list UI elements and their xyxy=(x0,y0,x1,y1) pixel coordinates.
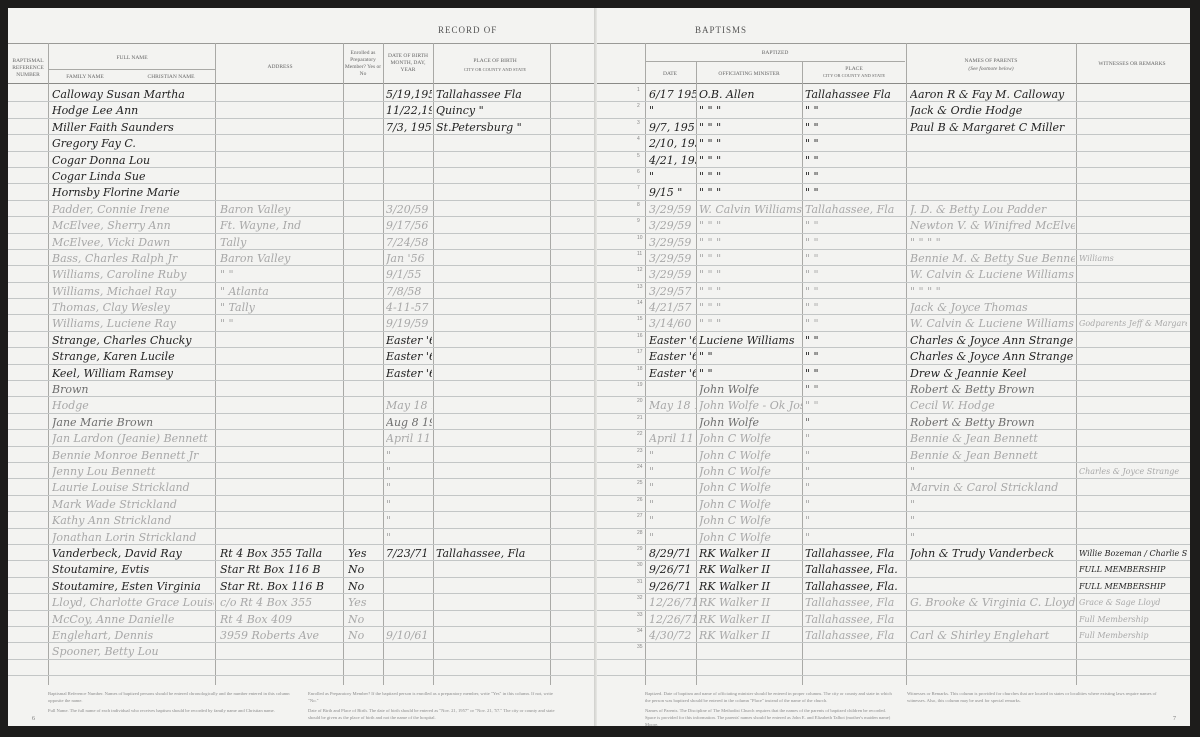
date-of-birth-cell xyxy=(386,381,432,397)
baptism-date-cell: 6/17 1956 xyxy=(649,86,696,102)
enrolled-cell xyxy=(348,348,382,364)
remarks-cell: Williams xyxy=(1079,250,1187,266)
baptism-date-cell: 8/29/71 xyxy=(649,545,696,561)
row-number: 28 xyxy=(637,530,643,536)
address-cell xyxy=(220,102,342,118)
enrolled-cell xyxy=(348,152,382,168)
full-name-cell: Williams, Caroline Ruby xyxy=(52,266,214,282)
parents-cell xyxy=(910,135,1075,151)
full-name-cell: Cogar Donna Lou xyxy=(52,152,214,168)
baptism-date-cell: 4/21, 1957 xyxy=(649,152,696,168)
minister-cell xyxy=(699,643,802,659)
table-row: Gregory Fay C. xyxy=(8,135,596,151)
parents-cell: Robert & Betty Brown xyxy=(910,381,1075,397)
full-name-cell: Strange, Karen Lucile xyxy=(52,348,214,364)
baptism-date-cell: 3/29/57 xyxy=(649,283,696,299)
table-row: 28"John C Wolfe"" xyxy=(597,529,1190,545)
remarks-cell xyxy=(1079,365,1187,381)
footnotes-left-col1: Baptismal Reference Number. Names of bap… xyxy=(48,690,298,714)
baptism-place-cell: Tallahassee, Fla xyxy=(805,594,905,610)
full-name-cell: Bennie Monroe Bennett Jr xyxy=(52,447,214,463)
remarks-cell: Full Membership xyxy=(1079,611,1187,627)
date-of-birth-cell: April 11 1971 xyxy=(386,430,432,446)
address-cell xyxy=(220,496,342,512)
date-of-birth-cell xyxy=(386,168,432,184)
baptism-date-cell: 9/7, 1957 xyxy=(649,119,696,135)
full-name-cell: Keel, William Ramsey xyxy=(52,365,214,381)
full-name-cell: Stoutamire, Evtis xyxy=(52,561,214,577)
parents-cell: " " " " xyxy=(910,283,1075,299)
address-cell: Rt 4 Box 355 Talla xyxy=(220,545,342,561)
baptism-place-cell: Tallahassee, Fla. xyxy=(805,578,905,594)
date-of-birth-cell: " xyxy=(386,512,432,528)
baptism-place-cell: Tallahassee, Fla xyxy=(805,201,905,217)
enrolled-cell xyxy=(348,414,382,430)
address-cell xyxy=(220,365,342,381)
minister-cell: John C Wolfe xyxy=(699,430,802,446)
table-row: HodgeMay 18 1969 xyxy=(8,397,596,413)
baptism-place-cell: " " xyxy=(805,348,905,364)
remarks-cell xyxy=(1079,217,1187,233)
table-row: 26"John C Wolfe"" xyxy=(597,496,1190,512)
header-date-of-birth: DATE OF BIRTH MONTH, DAY, YEAR xyxy=(384,53,432,74)
remarks-cell xyxy=(1079,86,1187,102)
date-of-birth-cell: 9/10/61 xyxy=(386,627,432,643)
baptism-place-cell: " " xyxy=(805,365,905,381)
parents-cell: Carl & Shirley Englehart xyxy=(910,627,1075,643)
parents-cell: Robert & Betty Brown xyxy=(910,414,1075,430)
address-cell xyxy=(220,463,342,479)
place-of-birth-cell xyxy=(436,611,550,627)
place-of-birth-cell xyxy=(436,168,550,184)
enrolled-cell xyxy=(348,184,382,200)
baptism-place-cell xyxy=(805,643,905,659)
baptism-place-cell: Tallahassee, Fla xyxy=(805,627,905,643)
baptism-date-cell: 12/26/71 xyxy=(649,611,696,627)
date-of-birth-cell: Easter '60 xyxy=(386,365,432,381)
minister-cell: " " " xyxy=(699,250,802,266)
footnote: Baptismal Reference Number. Names of bap… xyxy=(48,690,298,704)
remarks-cell xyxy=(1079,102,1187,118)
place-of-birth-cell xyxy=(436,250,550,266)
header-enrolled: Enrolled as Preparatory Member? Yes or N… xyxy=(344,50,382,78)
row-number: 4 xyxy=(637,136,640,142)
baptism-place-cell: " xyxy=(805,529,905,545)
minister-cell: John C Wolfe xyxy=(699,512,802,528)
table-row: Kathy Ann Strickland" xyxy=(8,512,596,528)
right-page-title: BAPTISMS xyxy=(695,25,747,35)
remarks-cell xyxy=(1079,512,1187,528)
table-row: Hornsby Florine Marie xyxy=(8,184,596,200)
parents-cell: W. Calvin & Luciene Williams xyxy=(910,315,1075,331)
date-of-birth-cell: Jan '56 xyxy=(386,250,432,266)
table-row: 298/29/71RK Walker IITallahassee, FlaJoh… xyxy=(597,545,1190,561)
parents-cell: J. D. & Betty Lou Padder xyxy=(910,201,1075,217)
baptism-place-cell: " " xyxy=(805,266,905,282)
header-baptized: BAPTIZED xyxy=(645,50,905,57)
baptism-place-cell: " " xyxy=(805,152,905,168)
baptism-date-cell: 2/10, 1957 xyxy=(649,135,696,151)
row-number: 17 xyxy=(637,349,643,355)
table-row: Hodge Lee Ann11/22,1955Quincy " xyxy=(8,102,596,118)
minister-cell: " " " xyxy=(699,168,802,184)
parents-cell: " " " " xyxy=(910,234,1075,250)
baptism-date-cell: 9/26/71 xyxy=(649,578,696,594)
baptism-date-cell: 9/26/71 xyxy=(649,561,696,577)
full-name-cell: Stoutamire, Esten Virginia xyxy=(52,578,214,594)
header-christian-name: CHRISTIAN NAME xyxy=(128,74,214,81)
place-of-birth-cell xyxy=(436,283,550,299)
baptism-date-cell: April 11 1971 xyxy=(649,430,696,446)
table-row: 18Easter '65" "" "Drew & Jeannie Keel xyxy=(597,365,1190,381)
place-of-birth-cell xyxy=(436,643,550,659)
parents-cell: Aaron R & Fay M. Calloway xyxy=(910,86,1075,102)
row-number: 6 xyxy=(637,169,640,175)
table-row: 19John Wolfe" "Robert & Betty Brown xyxy=(597,381,1190,397)
minister-cell: John C Wolfe xyxy=(699,463,802,479)
row-number: 16 xyxy=(637,333,643,339)
row-number: 35 xyxy=(637,644,643,650)
minister-cell: " " " xyxy=(699,234,802,250)
table-row: Williams, Caroline Ruby" "9/1/55 xyxy=(8,266,596,282)
enrolled-cell xyxy=(348,365,382,381)
date-of-birth-cell xyxy=(386,643,432,659)
table-row: Vanderbeck, David RayRt 4 Box 355 TallaY… xyxy=(8,545,596,561)
left-record-rows: Calloway Susan Martha5/19,1956Tallahasse… xyxy=(8,86,596,676)
full-name-cell: Thomas, Clay Wesley xyxy=(52,299,214,315)
place-of-birth-cell xyxy=(436,201,550,217)
full-name-cell: Englehart, Dennis xyxy=(52,627,214,643)
minister-cell: " " xyxy=(699,365,802,381)
header-ref-number: Baptismal Reference Number xyxy=(8,58,48,79)
table-row: 25"John C Wolfe"Marvin & Carol Stricklan… xyxy=(597,479,1190,495)
table-row: Bennie Monroe Bennett Jr" xyxy=(8,447,596,463)
full-name-cell: Bass, Charles Ralph Jr xyxy=(52,250,214,266)
header-bottom-rule xyxy=(8,83,596,84)
remarks-cell xyxy=(1079,447,1187,463)
address-cell xyxy=(220,414,342,430)
enrolled-cell xyxy=(348,234,382,250)
table-row: Stoutamire, Esten VirginiaStar Rt. Box 1… xyxy=(8,578,596,594)
enrolled-cell xyxy=(348,250,382,266)
baptism-place-cell: " xyxy=(805,512,905,528)
place-of-birth-cell xyxy=(436,496,550,512)
remarks-cell xyxy=(1079,184,1187,200)
table-row: Miller Faith Saunders7/3, 1957St.Petersb… xyxy=(8,119,596,135)
row-number: 31 xyxy=(637,579,643,585)
date-of-birth-cell: Easter '65 xyxy=(386,348,432,364)
enrolled-cell: No xyxy=(348,578,382,594)
full-name-cell: Williams, Michael Ray xyxy=(52,283,214,299)
baptism-place-cell: " " xyxy=(805,119,905,135)
minister-cell: " " " xyxy=(699,283,802,299)
date-of-birth-cell: Aug 8 1974 xyxy=(386,414,432,430)
row-number: 22 xyxy=(637,431,643,437)
parents-cell xyxy=(910,561,1075,577)
row-number: 34 xyxy=(637,628,643,634)
table-row: 103/29/59" " "" "" " " " xyxy=(597,234,1190,250)
place-of-birth-cell xyxy=(436,414,550,430)
date-of-birth-cell: " xyxy=(386,447,432,463)
baptism-place-cell: Tallahassee, Fla xyxy=(805,545,905,561)
footnote: Names of Parents. The Discipline of The … xyxy=(645,707,895,726)
minister-cell: " " " xyxy=(699,102,802,118)
enrolled-cell xyxy=(348,266,382,282)
parents-cell: Bennie & Jean Bennett xyxy=(910,430,1075,446)
table-row: Keel, William RamseyEaster '60 xyxy=(8,365,596,381)
place-of-birth-cell xyxy=(436,217,550,233)
full-name-cell: Hodge Lee Ann xyxy=(52,102,214,118)
parents-cell: " xyxy=(910,512,1075,528)
row-number: 2 xyxy=(637,103,640,109)
minister-cell: RK Walker II xyxy=(699,611,802,627)
table-row: Spooner, Betty Lou xyxy=(8,643,596,659)
enrolled-cell xyxy=(348,217,382,233)
header-address: ADDRESS xyxy=(216,64,344,71)
remarks-cell: Full Membership xyxy=(1079,627,1187,643)
address-cell: Star Rt. Box 116 B xyxy=(220,578,342,594)
table-row xyxy=(597,660,1190,676)
full-name-cell: Hornsby Florine Marie xyxy=(52,184,214,200)
place-of-birth-cell xyxy=(436,234,550,250)
baptism-place-cell: " xyxy=(805,430,905,446)
header-bottom-rule xyxy=(597,83,1190,84)
remarks-cell xyxy=(1079,397,1187,413)
baptism-date-cell: " xyxy=(649,102,696,118)
enrolled-cell xyxy=(348,135,382,151)
baptism-place-cell: " xyxy=(805,479,905,495)
row-number: 27 xyxy=(637,513,643,519)
footnotes-left-col2: Enrolled as Preparatory Member? If the b… xyxy=(308,690,558,721)
place-of-birth-cell xyxy=(436,315,550,331)
full-name-cell: Miller Faith Saunders xyxy=(52,119,214,135)
full-name-cell: Brown xyxy=(52,381,214,397)
remarks-cell xyxy=(1079,152,1187,168)
row-number: 8 xyxy=(637,202,640,208)
address-cell: " " xyxy=(220,266,342,282)
date-of-birth-cell: " xyxy=(386,463,432,479)
header-minister: OFFICIATING MINISTER xyxy=(697,71,801,78)
baptism-date-cell: 12/26/71 xyxy=(649,594,696,610)
full-name-cell: McElvee, Vicki Dawn xyxy=(52,234,214,250)
minister-cell: John Wolfe xyxy=(699,414,802,430)
table-row: 2"" " "" "Jack & Ordie Hodge xyxy=(597,102,1190,118)
full-name-cell: Laurie Louise Strickland xyxy=(52,479,214,495)
full-name-cell: Strange, Charles Chucky xyxy=(52,332,214,348)
minister-cell: RK Walker II xyxy=(699,545,802,561)
address-cell: Baron Valley xyxy=(220,250,342,266)
place-of-birth-cell xyxy=(436,529,550,545)
footnotes-right-col1: Baptized. Date of baptism and name of of… xyxy=(645,690,895,726)
table-row: McElvee, Sherry AnnFt. Wayne, Ind9/17/56 xyxy=(8,217,596,233)
minister-cell: RK Walker II xyxy=(699,627,802,643)
table-row: Williams, Michael Ray" Atlanta7/8/58 xyxy=(8,283,596,299)
full-name-cell: Williams, Luciene Ray xyxy=(52,315,214,331)
row-number: 20 xyxy=(637,398,643,404)
address-cell xyxy=(220,348,342,364)
row-number: 29 xyxy=(637,546,643,552)
full-name-cell: Jane Marie Brown xyxy=(52,414,214,430)
address-cell: Star Rt Box 116 B xyxy=(220,561,342,577)
table-row: McCoy, Anne DanielleRt 4 Box 409No xyxy=(8,611,596,627)
table-row: 21John Wolfe"Robert & Betty Brown xyxy=(597,414,1190,430)
baptism-place-cell: Tallahassee, Fla. xyxy=(805,561,905,577)
place-of-birth-cell xyxy=(436,594,550,610)
parents-cell: " xyxy=(910,463,1075,479)
table-row: 123/29/59" " "" "W. Calvin & Luciene Wil… xyxy=(597,266,1190,282)
date-of-birth-cell: 7/8/58 xyxy=(386,283,432,299)
baptism-place-cell: " xyxy=(805,463,905,479)
date-of-birth-cell xyxy=(386,184,432,200)
right-record-rows: 16/17 1956O.B. AllenTallahassee FlaAaron… xyxy=(597,86,1190,676)
full-name-subrule xyxy=(48,69,216,70)
baptism-date-cell: 3/14/60 xyxy=(649,315,696,331)
enrolled-cell xyxy=(348,332,382,348)
date-of-birth-cell: " xyxy=(386,496,432,512)
table-row: 39/7, 1957" " "" "Paul B & Margaret C Mi… xyxy=(597,119,1190,135)
left-page: RECORD OF Baptismal Reference Number FUL… xyxy=(8,8,597,726)
date-of-birth-cell xyxy=(386,152,432,168)
place-of-birth-cell xyxy=(436,512,550,528)
table-row: Jonathan Lorin Strickland" xyxy=(8,529,596,545)
date-of-birth-cell: 7/24/58 xyxy=(386,234,432,250)
remarks-cell: Godparents Jeff & Margaret Blakemore xyxy=(1079,315,1187,331)
table-row: 20May 18 1969John Wolfe - Ok Josephine" … xyxy=(597,397,1190,413)
remarks-cell xyxy=(1079,234,1187,250)
address-cell: Ft. Wayne, Ind xyxy=(220,217,342,233)
table-row: 27"John C Wolfe"" xyxy=(597,512,1190,528)
baptism-date-cell: " xyxy=(649,496,696,512)
table-row: 23"John C Wolfe"Bennie & Jean Bennett xyxy=(597,447,1190,463)
date-of-birth-cell xyxy=(386,135,432,151)
enrolled-cell xyxy=(348,102,382,118)
baptism-date-cell xyxy=(649,643,696,659)
minister-cell: W. Calvin Williams xyxy=(699,201,802,217)
row-number: 26 xyxy=(637,497,643,503)
place-of-birth-cell xyxy=(436,627,550,643)
address-cell xyxy=(220,86,342,102)
remarks-cell xyxy=(1079,201,1187,217)
baptism-place-cell: " " xyxy=(805,135,905,151)
table-row: 113/29/59" " "" "Bennie M. & Betty Sue B… xyxy=(597,250,1190,266)
enrolled-cell: No xyxy=(348,561,382,577)
date-of-birth-cell xyxy=(386,578,432,594)
remarks-cell xyxy=(1079,496,1187,512)
row-number: 30 xyxy=(637,562,643,568)
page-number-left: 6 xyxy=(32,716,35,722)
baptism-place-cell: " " xyxy=(805,184,905,200)
remarks-cell xyxy=(1079,643,1187,659)
address-cell xyxy=(220,332,342,348)
baptism-date-cell: 3/29/59 xyxy=(649,250,696,266)
baptism-date-cell: 4/21/57 xyxy=(649,299,696,315)
table-row: Brown xyxy=(8,381,596,397)
remarks-cell xyxy=(1079,283,1187,299)
date-of-birth-cell: May 18 1969 xyxy=(386,397,432,413)
baptism-date-cell: May 18 1969 xyxy=(649,397,696,413)
place-of-birth-cell xyxy=(436,463,550,479)
baptism-date-cell: " xyxy=(649,447,696,463)
table-row: Jane Marie BrownAug 8 1974 xyxy=(8,414,596,430)
table-row: 93/29/59" " "" "Newton V. & Winifred McE… xyxy=(597,217,1190,233)
header-place-sub: CITY OR COUNTY AND STATE xyxy=(803,72,905,79)
address-cell xyxy=(220,152,342,168)
table-row: 6"" " "" " xyxy=(597,168,1190,184)
baptism-place-cell: " " xyxy=(805,381,905,397)
date-of-birth-cell: 11/22,1955 xyxy=(386,102,432,118)
full-name-cell: Kathy Ann Strickland xyxy=(52,512,214,528)
remarks-cell xyxy=(1079,529,1187,545)
table-row: 17Easter '65" "" "Charles & Joyce Ann St… xyxy=(597,348,1190,364)
row-number: 7 xyxy=(637,185,640,191)
table-row: Padder, Connie IreneBaron Valley3/20/59 xyxy=(8,201,596,217)
table-row: Englehart, Dennis3959 Roberts AveNo9/10/… xyxy=(8,627,596,643)
row-number: 5 xyxy=(637,153,640,159)
parents-cell: Jack & Joyce Thomas xyxy=(910,299,1075,315)
table-row: 309/26/71RK Walker IITallahassee, Fla.FU… xyxy=(597,561,1190,577)
full-name-cell: Cogar Linda Sue xyxy=(52,168,214,184)
baptism-date-cell: 3/29/59 xyxy=(649,201,696,217)
row-number: 24 xyxy=(637,464,643,470)
enrolled-cell xyxy=(348,430,382,446)
header-top-rule xyxy=(8,43,596,44)
date-of-birth-cell: 7/23/71 xyxy=(386,545,432,561)
address-cell xyxy=(220,168,342,184)
enrolled-cell xyxy=(348,168,382,184)
row-number: 3 xyxy=(637,120,640,126)
parents-cell: Cecil W. Hodge xyxy=(910,397,1075,413)
parents-cell xyxy=(910,168,1075,184)
parents-cell: Charles & Joyce Ann Strange xyxy=(910,348,1075,364)
minister-cell: Luciene Williams xyxy=(699,332,802,348)
remarks-cell xyxy=(1079,332,1187,348)
footnotes-right-col2: Witnesses or Remarks. This column is pro… xyxy=(907,690,1157,704)
baptized-subrule xyxy=(645,61,905,62)
enrolled-cell xyxy=(348,315,382,331)
baptism-date-cell: Easter '65 xyxy=(649,348,696,364)
parents-cell: Jack & Ordie Hodge xyxy=(910,102,1075,118)
minister-cell: John C Wolfe xyxy=(699,496,802,512)
table-row: 344/30/72RK Walker IITallahassee, FlaCar… xyxy=(597,627,1190,643)
baptism-date-cell: " xyxy=(649,479,696,495)
parents-cell: " xyxy=(910,529,1075,545)
table-row: Bass, Charles Ralph JrBaron ValleyJan '5… xyxy=(8,250,596,266)
row-number: 23 xyxy=(637,448,643,454)
row-number: 25 xyxy=(637,480,643,486)
table-row: Cogar Linda Sue xyxy=(8,168,596,184)
minister-cell: John Wolfe xyxy=(699,381,802,397)
baptism-date-cell: 9/15 " xyxy=(649,184,696,200)
remarks-cell xyxy=(1079,135,1187,151)
table-row: 16/17 1956O.B. AllenTallahassee FlaAaron… xyxy=(597,86,1190,102)
table-row: 35 xyxy=(597,643,1190,659)
minister-cell: O.B. Allen xyxy=(699,86,802,102)
baptism-date-cell: " xyxy=(649,512,696,528)
address-cell: Rt 4 Box 409 xyxy=(220,611,342,627)
table-row: 16Easter '65Luciene Williams" "Charles &… xyxy=(597,332,1190,348)
header-family-name: FAMILY NAME xyxy=(50,74,120,81)
address-cell xyxy=(220,119,342,135)
remarks-cell: FULL MEMBERSHIP xyxy=(1079,561,1187,577)
place-of-birth-cell xyxy=(436,332,550,348)
enrolled-cell xyxy=(348,496,382,512)
minister-cell: " " " xyxy=(699,266,802,282)
footnote: Baptized. Date of baptism and name of of… xyxy=(645,690,895,704)
full-name-cell: Vanderbeck, David Ray xyxy=(52,545,214,561)
parents-cell: Drew & Jeannie Keel xyxy=(910,365,1075,381)
baptism-place-cell: " " xyxy=(805,234,905,250)
header-witnesses: WITNESSES OR REMARKS xyxy=(1077,61,1187,68)
